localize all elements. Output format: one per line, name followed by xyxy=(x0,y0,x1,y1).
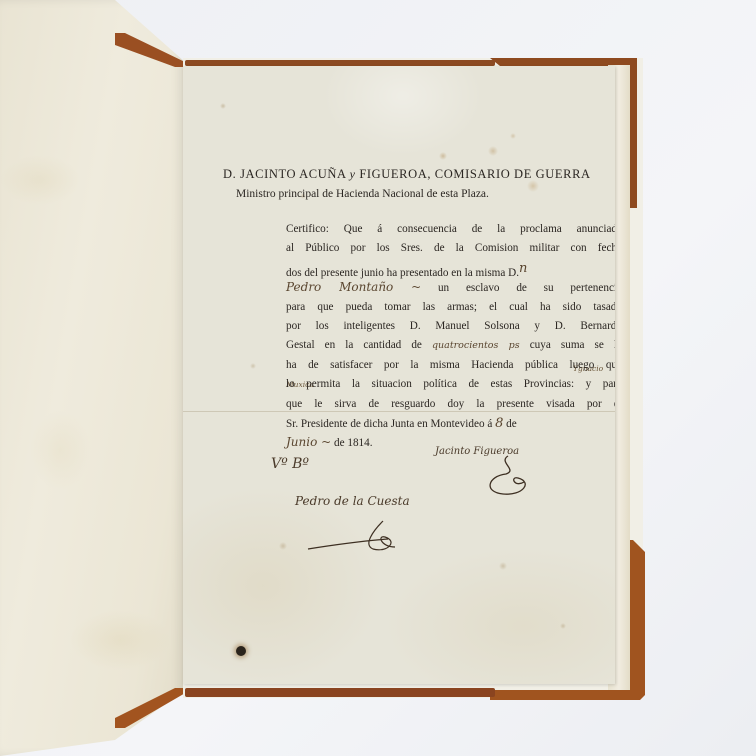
line-text: un esclavo de su pertenencia xyxy=(421,282,615,294)
line-text: al Público por los Sres. de la Comision … xyxy=(286,242,615,254)
document-subheading: Ministro principal de Hacienda Nacional … xyxy=(236,188,489,200)
line-text: ha de satisfacer por la misma Hacienda p… xyxy=(286,359,615,371)
body-line: ha de satisfacer por la misma Hacienda p… xyxy=(286,356,615,375)
visa-signer-signature: Pedro de la Cuesta xyxy=(295,494,410,508)
handwritten-amount: quatrocientos ps xyxy=(432,340,520,351)
visa-rubric-icon xyxy=(303,511,413,556)
heading-connector: y xyxy=(350,167,356,181)
photo-scene: D. JACINTO ACUÑA y FIGUEROA, COMISARIO D… xyxy=(0,0,756,756)
visa-mark: Vº Bº xyxy=(271,456,309,472)
line-text: Gestal en la cantidad de xyxy=(286,339,432,351)
body-line: para que pueda tomar las armas; el cual … xyxy=(286,298,615,317)
handwritten-slave-name: Pedro Montaño ~ xyxy=(286,280,421,294)
body-line: dos del presente junio ha presentado en … xyxy=(286,259,615,278)
body-line: por los inteligentes D. Manuel Solsona y… xyxy=(286,317,615,336)
body-line: Gestal en la cantidad de quatrocientos p… xyxy=(286,336,615,355)
certificate-document: D. JACINTO ACUÑA y FIGUEROA, COMISARIO D… xyxy=(183,66,615,684)
line-text: Certifico: Que á consecuencia de la proc… xyxy=(286,223,615,235)
issuer-rubric-icon xyxy=(478,452,538,502)
body-line: lo permita la situacion política de esta… xyxy=(286,375,615,394)
line-text: dos del presente junio ha presentado en … xyxy=(286,267,519,279)
left-folder-endpaper xyxy=(0,0,185,756)
line-text: para que pueda tomar las armas; el cual … xyxy=(286,301,615,313)
line-text: de xyxy=(503,418,516,430)
line-text: por los inteligentes D. Manuel Solsona y… xyxy=(286,320,615,332)
body-line: que le sirva de resguardo doy la present… xyxy=(286,395,615,414)
heading-title: FIGUEROA, COMISARIO DE GUERRA xyxy=(359,167,590,181)
handwritten-month: Junio ~ xyxy=(286,435,331,449)
line-text: de 1814. xyxy=(331,437,372,449)
body-line: Sr. Presidente de dicha Junta en Montevi… xyxy=(286,414,615,433)
line-text: que le sirva de resguardo doy la present… xyxy=(286,398,615,410)
handwritten-entry: n xyxy=(519,261,527,276)
line-text: lo permita la situacion política de esta… xyxy=(286,378,615,390)
certificate-body: Certifico: Que á consecuencia de la proc… xyxy=(286,220,615,453)
line-text: cuya suma se le xyxy=(520,339,615,351)
line-text: Sr. Presidente de dicha Junta en Montevi… xyxy=(286,418,495,430)
body-line: Pedro Montaño ~ un esclavo de su pertene… xyxy=(286,278,615,297)
heading-name: D. JACINTO ACUÑA xyxy=(223,167,346,181)
document-heading: D. JACINTO ACUÑA y FIGUEROA, COMISARIO D… xyxy=(223,167,591,182)
body-line: Certifico: Que á consecuencia de la proc… xyxy=(286,220,615,239)
leather-edge-bottom xyxy=(185,688,495,697)
body-line: al Público por los Sres. de la Comision … xyxy=(286,239,615,258)
binding-hole xyxy=(236,646,246,656)
